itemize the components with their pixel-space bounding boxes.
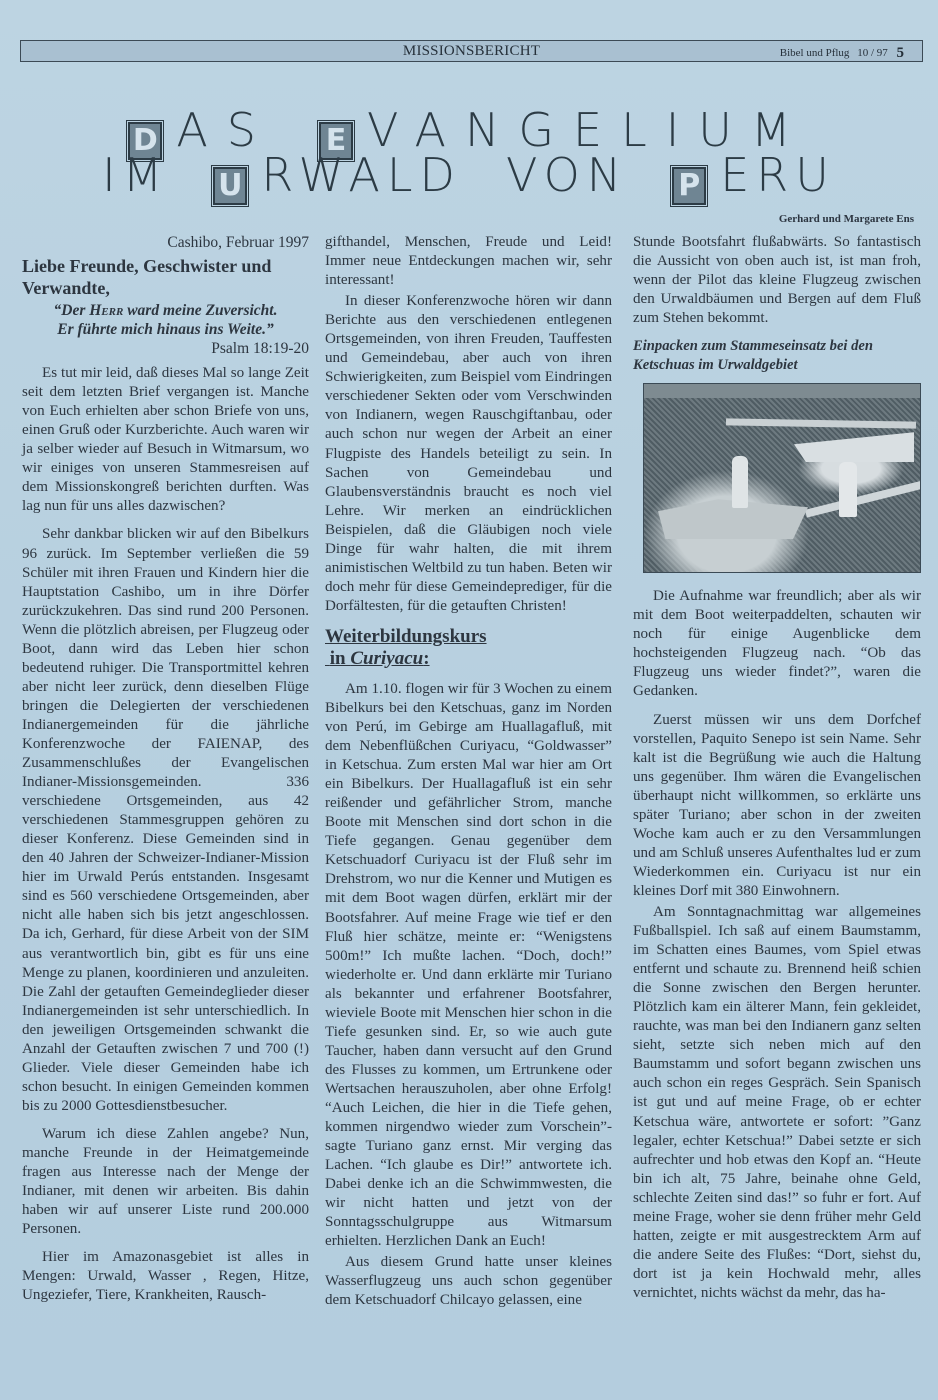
headline-line-2: IMURWALDVONPERU [0,148,938,205]
author-byline: Gerhard und Margarete Ens [779,213,914,225]
article-column-1: Cashibo, Februar 1997 Liebe Freunde, Ges… [22,233,309,1305]
issue-info: Bibel und Pflug 10 / 97 5 [780,44,904,61]
letter-greeting: Liebe Freunde, Geschwister und Verwandte… [22,255,309,299]
headline-word: URWALD [213,148,462,205]
paragraph: Aus diesem Grund hatte unser kleines Was… [325,1253,612,1310]
section-heading: Weiterbildungskurs in Curiyacu: [325,626,612,670]
paragraph: Hier im Amazonasgebiet ist alles in Meng… [22,1248,309,1305]
running-header: MISSIONSBERICHT Bibel und Pflug 10 / 97 … [20,40,923,62]
photo-person [732,456,748,508]
issue-number: 10 / 97 [857,47,888,59]
headline-word: VON [506,148,628,202]
page-number: 5 [897,45,905,61]
paragraph: In dieser Konferenzwoche hören wir dann … [325,292,612,616]
article-column-3: Stunde Bootsfahrt flußabwärts. So fantas… [633,233,921,1303]
decorative-initial-u-icon: U [213,167,247,205]
headline-word: PERU [672,148,836,205]
paragraph: Die Aufnahme war freundlich; aber als wi… [633,587,921,701]
photo-person [839,462,857,517]
paragraph: Am 1.10. flogen wir für 3 Wochen zu eine… [325,680,612,1251]
photo-plane-fuselage [794,432,914,462]
publication-name: Bibel und Pflug [780,47,850,59]
article-column-2: gifthandel, Menschen, Freude und Leid! I… [325,233,612,1310]
paragraph: Warum ich diese Zahlen angebe? Nun, manc… [22,1125,309,1239]
paragraph: Es tut mir leid, daß dieses Mal so lange… [22,364,309,516]
photo-seaplane [643,383,921,573]
verse-lord: Herr [89,302,123,319]
headline-word: IM [102,148,169,202]
paragraph: Zuerst müssen wir uns dem Dorfchef vorst… [633,711,921,901]
magazine-page: MISSIONSBERICHT Bibel und Pflug 10 / 97 … [0,0,938,1400]
photo-treeline [644,384,920,398]
paragraph-continuation: Stunde Bootsfahrt flußabwärts. So fantas… [633,233,921,328]
photo-plane-float [805,479,921,518]
verse-reference: Psalm 18:19-20 [22,339,309,358]
photo-caption: Einpacken zum Stammeseinsatz bei den Ket… [633,337,921,375]
decorative-initial-p-icon: P [672,167,706,205]
paragraph: Sehr dankbar blicken wir auf den Bibelku… [22,525,309,1115]
photo-plane-wing [726,419,916,429]
bible-verse: “Der Herr ward meine Zuversicht. Er führ… [22,301,309,339]
paragraph-continuation: gifthandel, Menschen, Freude und Leid! I… [325,233,612,290]
place-date: Cashibo, Februar 1997 [22,233,309,252]
paragraph: Am Sonntagnachmittag war allgemeines Fuß… [633,903,921,1303]
